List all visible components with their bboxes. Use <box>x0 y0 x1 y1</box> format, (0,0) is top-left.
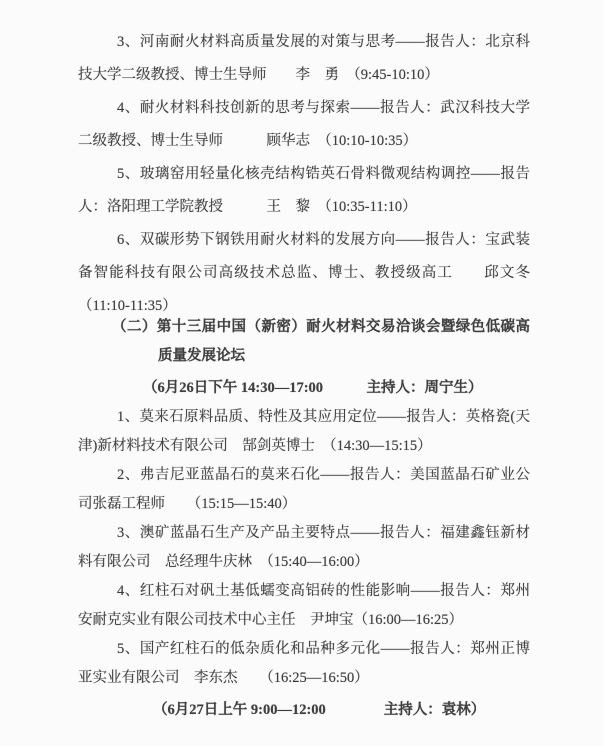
document-page: 3、河南耐火材料高质量发展的对策与思考——报告人：北京科技大学二级教授、博士生导… <box>0 0 603 746</box>
agenda-item-3: 3、河南耐火材料高质量发展的对策与思考——报告人：北京科技大学二级教授、博士生导… <box>78 26 530 92</box>
session-time-host-line-2: （6月27日上午 9:00—12:00 主持人：袁林） <box>153 695 530 725</box>
forum-item-1: 1、莫来石原料品质、特性及其应用定位——报告人：英格瓷(天津)新材料技术有限公司… <box>78 403 530 461</box>
agenda-item-6: 6、双碳形势下钢铁用耐火材料的发展方向——报告人：宝武装备智能科技有限公司高级技… <box>78 224 530 323</box>
agenda-item-4: 4、耐火材料科技创新的思考与探索——报告人：武汉科技大学二级教授、博士生导师 顾… <box>78 92 530 158</box>
section-two-heading: （二）第十三届中国（新密）耐火材料交易洽谈会暨绿色低碳高质量发展论坛 <box>78 313 530 371</box>
forum-item-5: 5、国产红柱石的低杂质化和品种多元化——报告人：郑州正博亚实业有限公司 李东杰 … <box>78 635 530 693</box>
session-time-host-line-1: （6月26日下午 14:30—17:00 主持人：周宁生） <box>143 373 530 403</box>
forum-item-4: 4、红柱石对矾土基低蠕变高铝砖的性能影响——报告人：郑州安耐克实业有限公司技术中… <box>78 577 530 635</box>
forum-item-2: 2、弗吉尼亚蓝晶石的莫来石化——报告人：美国蓝晶石矿业公司张磊工程师 （15:1… <box>78 461 530 519</box>
agenda-item-5: 5、玻璃窑用轻量化核壳结构锆英石骨料微观结构调控——报告人：洛阳理工学院教授 王… <box>78 158 530 224</box>
forum-item-3: 3、澳矿蓝晶石生产及产品主要特点——报告人：福建鑫钰新材料有限公司 总经理牛庆林… <box>78 519 530 577</box>
